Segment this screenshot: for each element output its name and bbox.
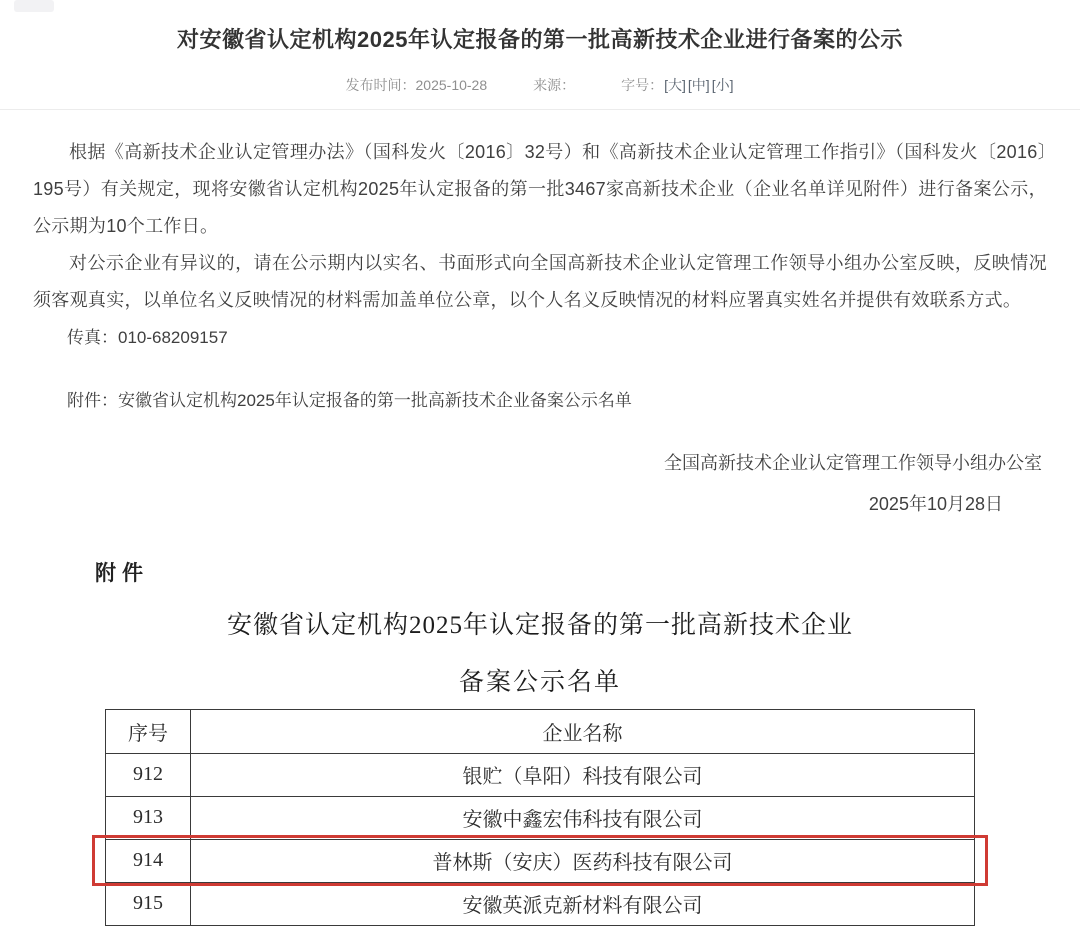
table-row: 913安徽中鑫宏伟科技有限公司 — [106, 796, 975, 839]
company-name: 安徽中鑫宏伟科技有限公司 — [191, 796, 975, 839]
attachment-section: 附件 安徽省认定机构2025年认定报备的第一批高新技术企业 备案公示名单 序号 … — [0, 557, 1080, 926]
table-row: 914普林斯（安庆）医药科技有限公司 — [106, 839, 975, 882]
page-title: 对安徽省认定机构2025年认定报备的第一批高新技术企业进行备案的公示 — [0, 26, 1080, 55]
attachment-title-line1: 安徽省认定机构2025年认定报备的第一批高新技术企业 — [0, 609, 1080, 642]
fontsize-large-button[interactable]: [大] — [664, 75, 686, 95]
body-paragraph-2: 对公示企业有异议的，请在公示期内以实名、书面形式向全国高新技术企业认定管理工作领… — [33, 245, 1047, 319]
row-index: 914 — [106, 839, 191, 882]
header-divider — [0, 109, 1080, 110]
company-table: 序号 企业名称 912银贮（阜阳）科技有限公司913安徽中鑫宏伟科技有限公司91… — [105, 709, 975, 926]
fontsize-medium-button[interactable]: [中] — [688, 75, 710, 95]
table-row: 915安徽英派克新材料有限公司 — [106, 882, 975, 925]
row-index: 912 — [106, 753, 191, 796]
body-paragraph-1: 根据《高新技术企业认定管理办法》（国科发火〔2016〕32号）和《高新技术企业认… — [33, 134, 1047, 245]
fax-number: 010-68209157 — [118, 328, 228, 347]
header-index: 序号 — [106, 709, 191, 753]
issuing-office: 全国高新技术企业认定管理工作领导小组办公室 — [0, 451, 1042, 476]
fax-label: 传真： — [67, 328, 118, 347]
fax-line: 传真：010-68209157 — [33, 319, 1047, 356]
meta-row: 发布时间： 2025-10-28 来源： 字号： [大] [中] [小] — [0, 75, 1080, 95]
publish-date: 2025-10-28 — [416, 77, 488, 93]
attachment-reference: 附件：安徽省认定机构2025年认定报备的第一批高新技术企业备案公示名单 — [33, 382, 1047, 419]
attachment-label: 附件 — [95, 557, 1080, 587]
fontsize-label: 字号： — [621, 75, 663, 95]
table-header-row: 序号 企业名称 — [106, 709, 975, 753]
company-name: 银贮（阜阳）科技有限公司 — [191, 753, 975, 796]
publish-time-label: 发布时间： — [346, 75, 416, 95]
company-table-body: 912银贮（阜阳）科技有限公司913安徽中鑫宏伟科技有限公司914普林斯（安庆）… — [106, 753, 975, 925]
header-company-name: 企业名称 — [191, 709, 975, 753]
row-index: 915 — [106, 882, 191, 925]
announcement-page: 对安徽省认定机构2025年认定报备的第一批高新技术企业进行备案的公示 发布时间：… — [0, 0, 1080, 949]
attachment-title-line2: 备案公示名单 — [0, 666, 1080, 699]
fontsize-small-button[interactable]: [小] — [712, 75, 734, 95]
top-left-artifact — [14, 0, 54, 12]
company-table-wrap: 序号 企业名称 912银贮（阜阳）科技有限公司913安徽中鑫宏伟科技有限公司91… — [105, 709, 975, 926]
row-index: 913 — [106, 796, 191, 839]
company-name: 普林斯（安庆）医药科技有限公司 — [191, 839, 975, 882]
source-label: 来源： — [533, 75, 575, 95]
company-name: 安徽英派克新材料有限公司 — [191, 882, 975, 925]
table-row: 912银贮（阜阳）科技有限公司 — [106, 753, 975, 796]
issue-date: 2025年10月28日 — [0, 492, 1003, 517]
